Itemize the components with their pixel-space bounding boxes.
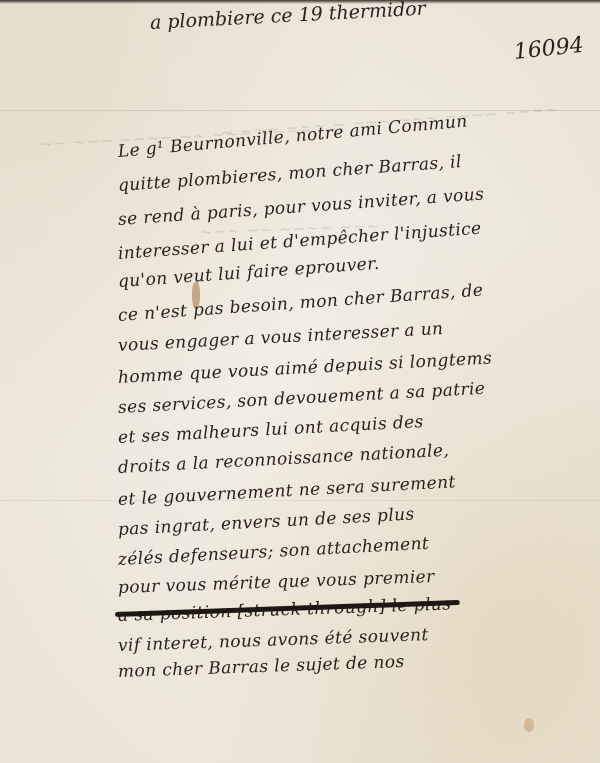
letter-line: et ses malheurs lui ont acquis des	[117, 412, 424, 448]
letter-line: droits a la reconnoissance nationale,	[117, 441, 449, 478]
letter-line: pour vous mérite que vous premier	[118, 567, 435, 598]
letter-line: mon cher Barras le sujet de nos	[118, 652, 405, 682]
letter-line: vous engager a vous interesser a un	[117, 319, 443, 356]
letter-page: ~ ~~~ ~~~ ~ ~~~ ~~~ ~~~~ ~~~~ ~~ ~~~ ~~~…	[0, 0, 600, 763]
foxing-spot	[524, 718, 534, 732]
letter-line: vif interet, nous avons été souvent	[118, 625, 429, 656]
letter-line: pas ingrat, envers un de ses plus	[117, 504, 415, 540]
reference-number: 16094	[513, 33, 585, 65]
dateline: a plombiere ce 19 thermidor	[149, 0, 426, 34]
letter-line: zélés defenseurs; son attachement	[117, 534, 429, 570]
